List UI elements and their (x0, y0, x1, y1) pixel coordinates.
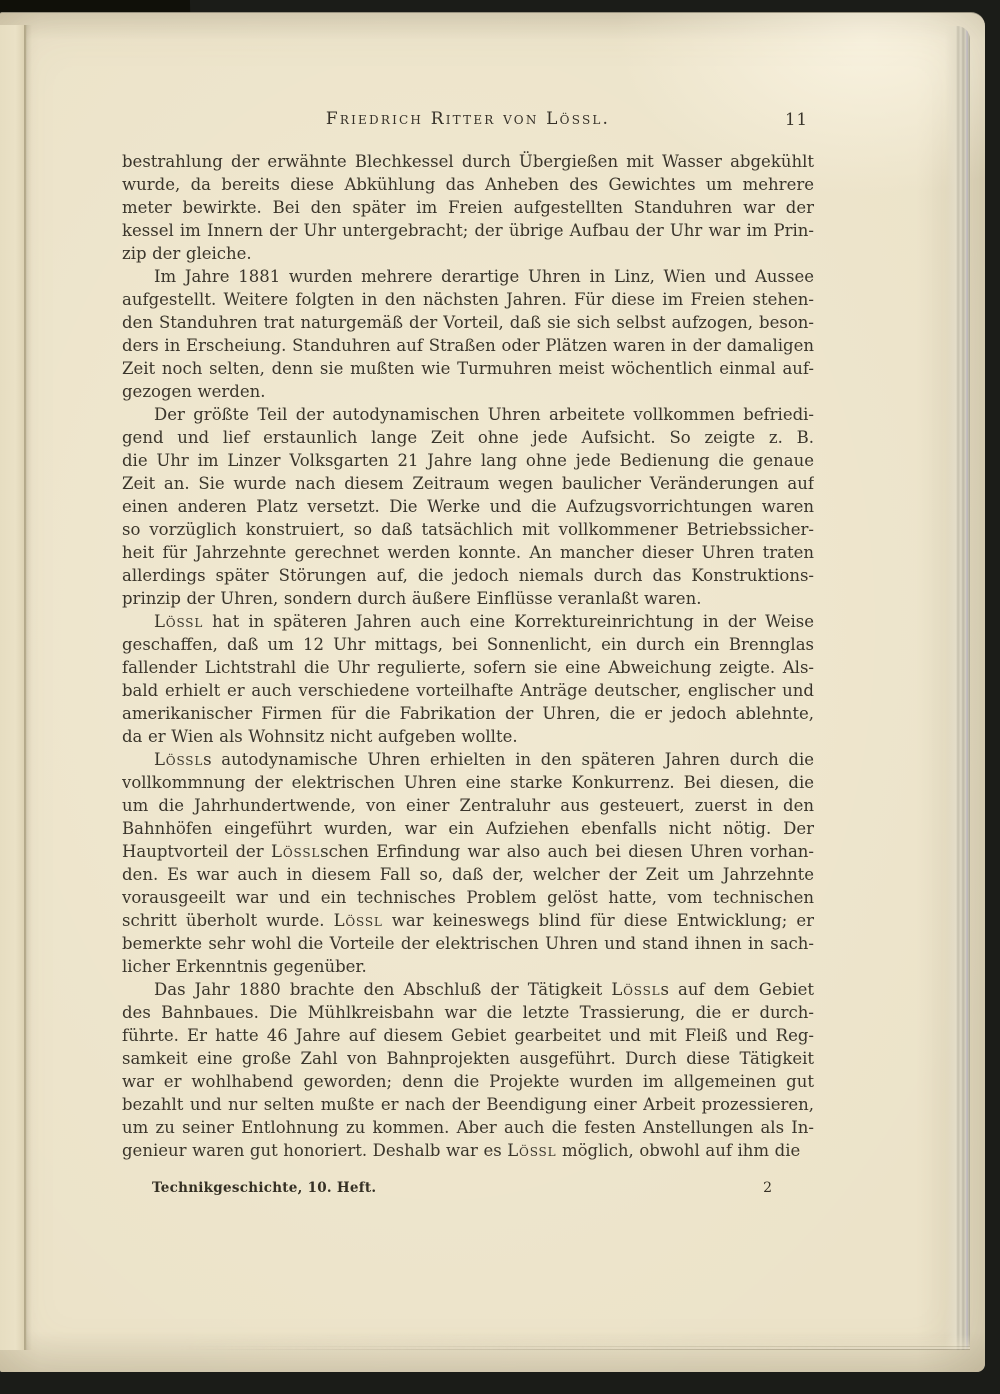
text-line: um zu seiner Entlohnung zu kommen. Aber … (122, 1116, 814, 1139)
text-line: Im Jahre 1881 wurden mehrere derartige U… (122, 265, 814, 288)
text-line: Lössls autodynamische Uhren erhielten in… (122, 748, 814, 771)
text-line: gend und lief erstaunlich lange Zeit ohn… (122, 426, 814, 449)
page-footer: Technikgeschichte, 10. Heft. 2 (122, 1180, 814, 1202)
text-line: führte. Er hatte 46 Jahre auf diesem Geb… (122, 1024, 814, 1047)
text-line: Hauptvorteil der Lösslschen Erfindung wa… (122, 840, 814, 863)
imprint-label: Technikgeschichte, 10. Heft. (152, 1180, 376, 1196)
text-line: Zeit an. Sie wurde nach diesem Zeitraum … (122, 472, 814, 495)
text-line: genieur waren gut honoriert. Deshalb war… (122, 1139, 814, 1162)
page-stack-edge-right (945, 26, 970, 1350)
text-line: den Standuhren trat naturgemäß der Vorte… (122, 311, 814, 334)
scanned-book-page: Friedrich Ritter von Lössl. 11 bestrahlu… (0, 0, 1000, 1394)
text-block: bestrahlung der erwähnte Blechkessel dur… (122, 150, 814, 1162)
text-line: amerikanischer Firmen für die Fabrikatio… (122, 702, 814, 725)
text-line: war er wohlhabend geworden; denn die Pro… (122, 1070, 814, 1093)
page-number: 11 (785, 110, 808, 129)
text-line: wurde, da bereits diese Abkühlung das An… (122, 173, 814, 196)
paragraph: Lössl hat in späteren Jahren auch eine K… (122, 610, 814, 748)
text-line: aufgestellt. Weitere folgten in den näch… (122, 288, 814, 311)
text-line: meter bewirkte. Bei den später im Freien… (122, 196, 814, 219)
paragraph: Das Jahr 1880 brachte den Abschluß der T… (122, 978, 814, 1162)
text-line: Zeit noch selten, denn sie mußten wie Tu… (122, 357, 814, 380)
text-line: kessel im Innern der Uhr untergebracht; … (122, 219, 814, 242)
text-line: einen anderen Platz versetzt. Die Werke … (122, 495, 814, 518)
signature-mark: 2 (763, 1180, 772, 1196)
text-line: samkeit eine große Zahl von Bahnprojekte… (122, 1047, 814, 1070)
gutter-crease-shadow (24, 25, 32, 1350)
text-line: geschaffen, daß um 12 Uhr mittags, bei S… (122, 633, 814, 656)
text-line: ders in Erscheiung. Standuhren auf Straß… (122, 334, 814, 357)
text-line: schritt überholt wurde. Lössl war keines… (122, 909, 814, 932)
running-head: Friedrich Ritter von Lössl. 11 (122, 109, 814, 133)
text-line: gezogen werden. (122, 380, 814, 403)
text-line: vollkommnung der elektrischen Uhren eine… (122, 771, 814, 794)
text-line: um die Jahrhundertwende, von einer Zentr… (122, 794, 814, 817)
paragraph: Im Jahre 1881 wurden mehrere derartige U… (122, 265, 814, 403)
paragraph: bestrahlung der erwähnte Blechkessel dur… (122, 150, 814, 265)
text-line: des Bahnbaues. Die Mühlkreisbahn war die… (122, 1001, 814, 1024)
paragraph: Der größte Teil der autodynamischen Uhre… (122, 403, 814, 610)
text-line: licher Erkenntnis gegenüber. (122, 955, 814, 978)
text-line: bemerkte sehr wohl die Vorteile der elek… (122, 932, 814, 955)
text-line: Lössl hat in späteren Jahren auch eine K… (122, 610, 814, 633)
text-line: da er Wien als Wohnsitz nicht aufgeben w… (122, 725, 814, 748)
text-line: Der größte Teil der autodynamischen Uhre… (122, 403, 814, 426)
text-line: bald erhielt er auch verschiedene vortei… (122, 679, 814, 702)
page-title: Friedrich Ritter von Lössl. (122, 109, 814, 129)
text-line: Bahnhöfen eingeführt wurden, war ein Auf… (122, 817, 814, 840)
text-line: bestrahlung der erwähnte Blechkessel dur… (122, 150, 814, 173)
text-line: zip der gleiche. (122, 242, 814, 265)
text-line: prinzip der Uhren, sondern durch äußere … (122, 587, 814, 610)
text-line: bezahlt und nur selten mußte er nach der… (122, 1093, 814, 1116)
text-line: den. Es war auch in diesem Fall so, daß … (122, 863, 814, 886)
text-line: allerdings später Störungen auf, die jed… (122, 564, 814, 587)
page-stack-edge-bottom (180, 1334, 970, 1350)
text-line: vorausgeeilt war und ein technisches Pro… (122, 886, 814, 909)
text-line: die Uhr im Linzer Volksgarten 21 Jahre l… (122, 449, 814, 472)
text-line: Das Jahr 1880 brachte den Abschluß der T… (122, 978, 814, 1001)
text-line: so vorzüglich konstruiert, so daß tatsäc… (122, 518, 814, 541)
gutter-page-edge (0, 25, 26, 1350)
text-line: heit für Jahrzehnte gerechnet werden kon… (122, 541, 814, 564)
text-line: fallender Lichtstrahl die Uhr regulierte… (122, 656, 814, 679)
paragraph: Lössls autodynamische Uhren erhielten in… (122, 748, 814, 978)
